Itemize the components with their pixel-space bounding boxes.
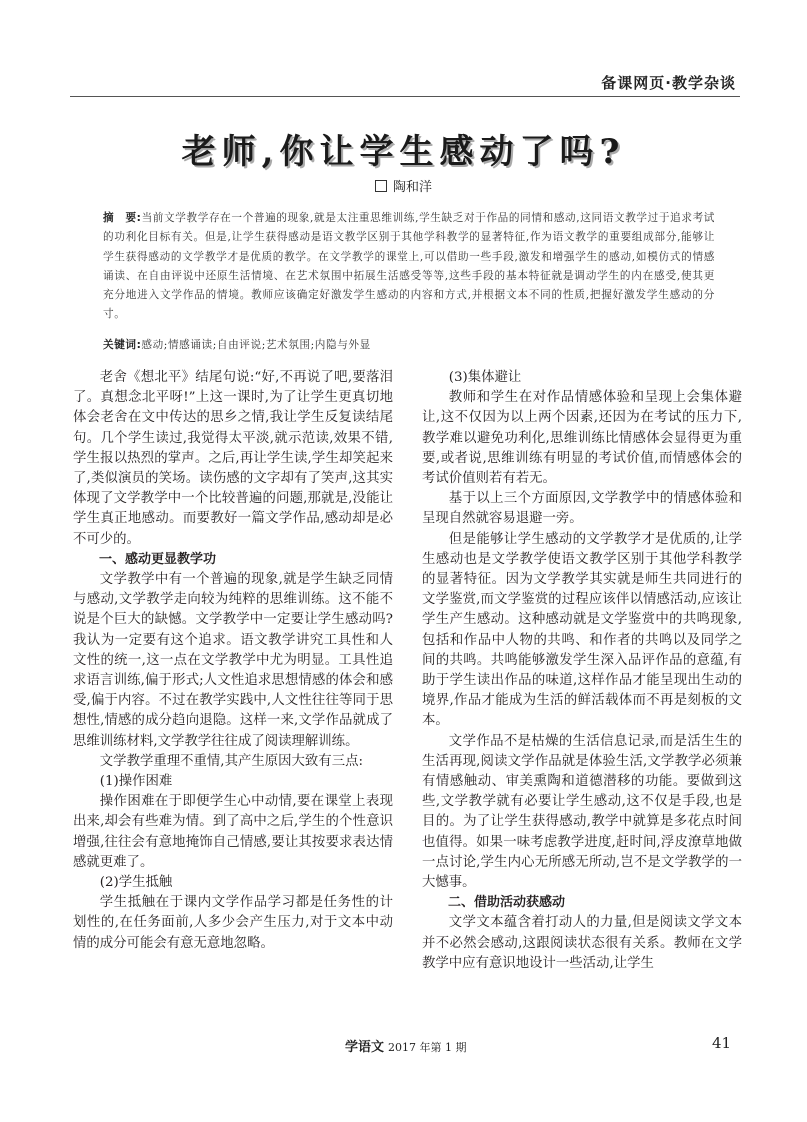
abstract-text: 当前文学教学存在一个普遍的现象,就是太注重思维训练,学生缺乏对于作品的同情和感动… [103,212,715,320]
keywords: 关键词:感动;情感诵读;自由评说;艺术氛围;内隐与外显 [103,336,715,355]
square-bullet-icon [375,180,387,192]
article-title: 老师,你让学生感动了吗? [0,124,807,173]
section-heading: 二、借助活动获感动 [422,893,742,913]
paragraph: 文学教学重理不重情,其产生原因大致有三点: [73,752,393,772]
page-number: 41 [712,1034,731,1052]
paragraph: (1)操作困难 [73,772,393,792]
paragraph: 基于以上三个方面原因,文学教学中的情感体验和呈现自然就容易退避一旁。 [422,489,742,529]
running-header: 备课网页·教学杂谈 [70,70,740,97]
left-column: 老舍《想北平》结尾句说:“好,不再说了吧,要落泪了。真想念北平呀!”上这一课时,… [73,368,393,954]
section-name: 备课网页·教学杂谈 [601,72,736,93]
magazine-name: 学语文 [345,1040,384,1055]
keywords-label: 关键词: [103,339,141,351]
paragraph: 老舍《想北平》结尾句说:“好,不再说了吧,要落泪了。真想念北平呀!”上这一课时,… [73,368,393,550]
keywords-text: 感动;情感诵读;自由评说;艺术氛围;内隐与外显 [141,339,370,351]
footer: 学语文2017 年第 1 期 [345,1036,467,1055]
paragraph: 教师和学生在对作品情感体验和呈现上会集体避让,这不仅因为以上两个因素,还因为在考… [422,388,742,489]
paragraph: (2)学生抵触 [73,873,393,893]
right-column: (3)集体避让教师和学生在对作品情感体验和呈现上会集体避让,这不仅因为以上两个因… [422,368,742,974]
abstract: 摘 要:当前文学教学存在一个普遍的现象,就是太注重思维训练,学生缺乏对于作品的同… [103,209,715,325]
section-heading: 一、感动更显教学功 [73,550,393,570]
author-name: 陶和洋 [393,180,432,195]
issue-info: 2017 年第 1 期 [388,1041,466,1054]
paragraph: 文学教学中有一个普遍的现象,就是学生缺乏同情与感动,文学教学走向较为纯粹的思维训… [73,570,393,752]
author-line: 陶和洋 [0,176,807,195]
paragraph: 但是能够让学生感动的文学教学才是优质的,让学生感动也是文学教学使语文教学区别于其… [422,530,742,732]
abstract-label: 摘 要: [103,212,142,224]
paragraph: 文学作品不是枯燥的生活信息记录,而是活生生的生活再现,阅读文学作品就是体验生活,… [422,732,742,894]
paragraph: 文学文本蕴含着打动人的力量,但是阅读文学文本并不必然会感动,这跟阅读状态很有关系… [422,913,742,974]
paragraph: (3)集体避让 [422,368,742,388]
paragraph: 操作困难在于即便学生心中动情,要在课堂上表现出来,却会有些难为情。到了高中之后,… [73,792,393,873]
paragraph: 学生抵触在于课内文学作品学习都是任务性的计划性的,在任务面前,人多少会产生压力,… [73,893,393,954]
